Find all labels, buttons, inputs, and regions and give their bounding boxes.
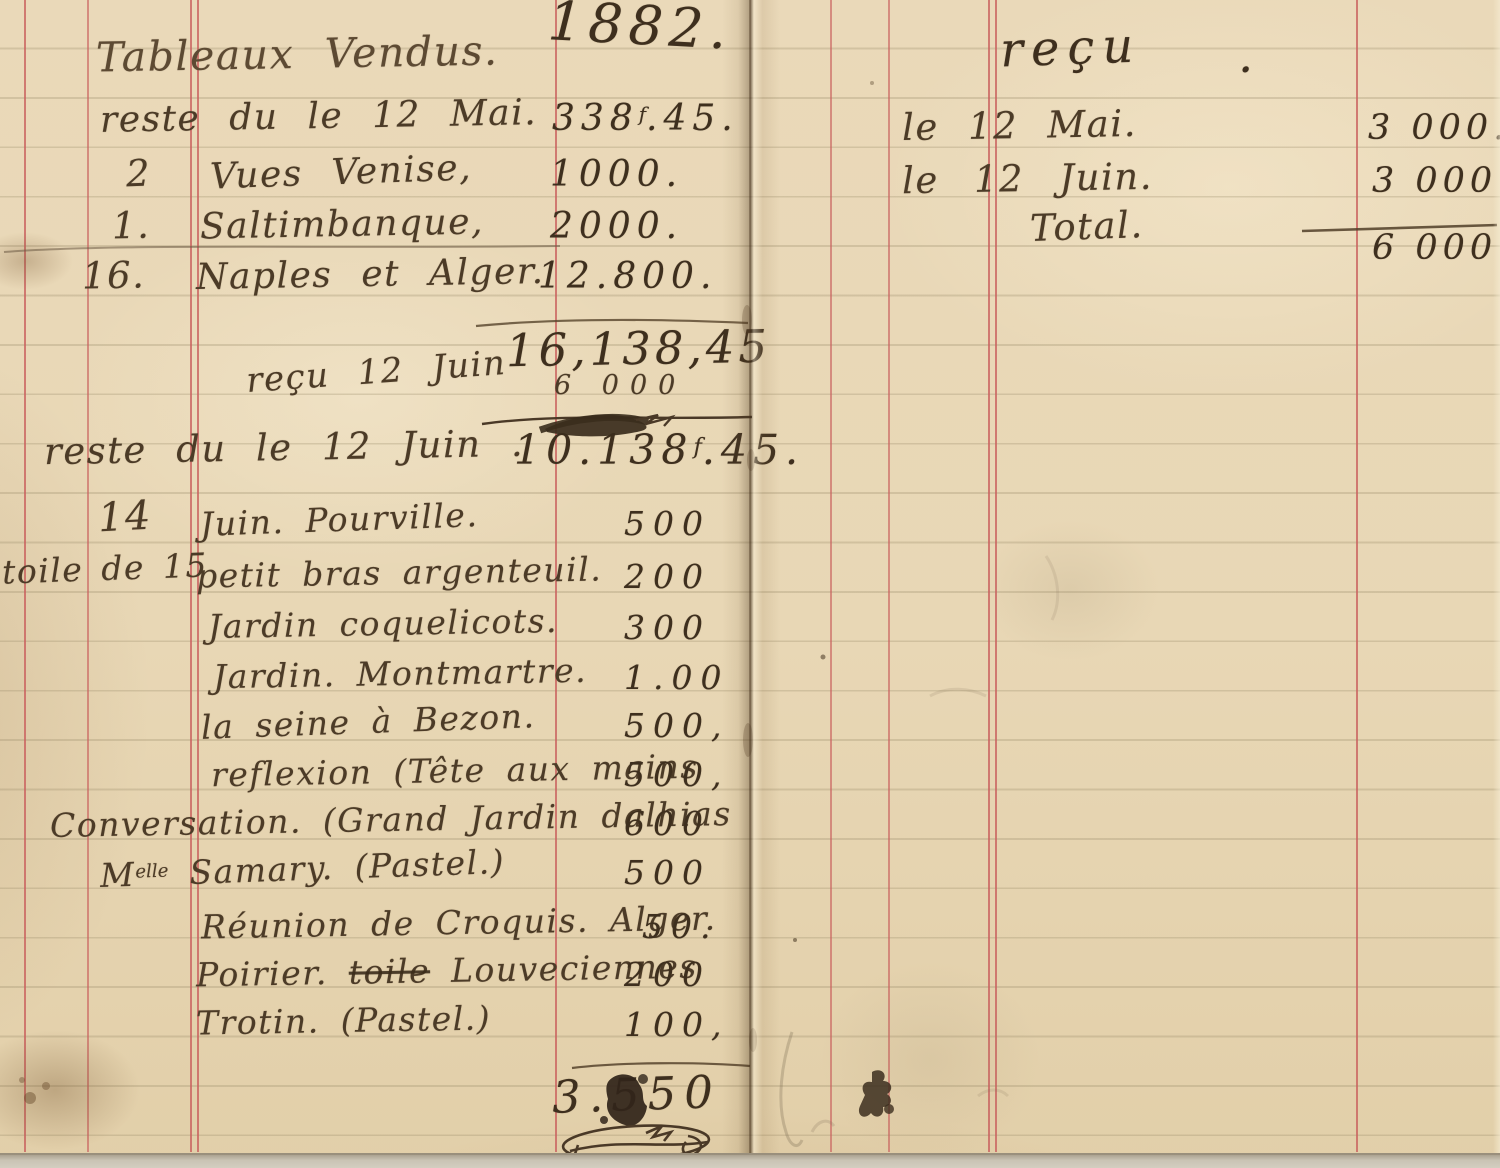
ledger-scan: 1882. Tableaux Vendus. reçu . 16,138,45 … [0, 0, 1500, 1168]
row-amount: 6 000 [1372, 228, 1497, 268]
remainder-june-amount: 10.138f.45. [514, 426, 804, 474]
row-amount: 1.00 [624, 658, 729, 697]
row-desc: le 12 Mai. [902, 102, 1138, 149]
amount-tail: .45. [646, 98, 739, 139]
row-desc: petit bras argenteuil. [196, 549, 603, 595]
row-amount: 500, [624, 706, 729, 745]
row-desc-part: Saltimbanque, [200, 202, 485, 248]
received-june-amount: 6 000 [554, 370, 686, 401]
row-desc: Jardin. Montmartre. [213, 651, 588, 697]
row-desc-part: Jardin coquelicots. [208, 601, 559, 646]
left-page-title: Tableaux Vendus. [96, 26, 499, 81]
amount-sup: f [639, 103, 646, 126]
row-desc-part: Poirier. [196, 953, 349, 995]
row-amount: 3 000 [1372, 161, 1497, 201]
row-qty: 2 [125, 152, 152, 196]
row-desc-part: M [99, 855, 136, 895]
row-amount: 12.800. [538, 256, 717, 297]
sum-may-total: 16,138,45 [506, 320, 772, 378]
row-desc: Saltimbanque, [200, 202, 485, 248]
remainder-june-label: reste du le 12 Juin . [44, 422, 525, 473]
row-desc-part: petit bras argenteuil. [196, 549, 603, 595]
row-amount: 200 [624, 955, 711, 994]
row-qty: 1. [112, 204, 151, 248]
red-rule [1356, 0, 1358, 1152]
row-desc: Trotin. (Pastel.) [196, 998, 492, 1042]
row-amount: 300 [624, 608, 711, 647]
row-desc-part: Naples et Alger. [196, 251, 545, 298]
row-amount: 1000. [550, 154, 683, 195]
row-desc-part: Jardin. Montmartre. [213, 651, 588, 697]
row-desc-part: Trotin. (Pastel.) [196, 998, 492, 1042]
row-qty: 16. [82, 253, 146, 297]
row-qty: 14 [97, 493, 153, 542]
row-amount: 100, [624, 1005, 729, 1044]
row-desc: le 12 Juin. [902, 155, 1154, 202]
page-edge [1493, 0, 1500, 1155]
row-amount: 500 [624, 504, 711, 543]
row-amount: 2000. [550, 206, 683, 247]
row-amount: 50. [642, 907, 718, 946]
row-amount: 3 000. [1368, 108, 1500, 148]
amount-main: 338 [552, 98, 639, 139]
row-desc: Jardin coquelicots. [208, 601, 559, 646]
row-desc-part: elle [135, 861, 169, 883]
right-page-title: reçu [999, 18, 1142, 79]
row-desc-part: reste du le 12 Mai. [100, 92, 538, 141]
row-margin-note: toile de 15 [1, 545, 208, 591]
scan-bottom-edge [0, 1153, 1500, 1168]
left-total: 3.550 [551, 1065, 722, 1124]
row-desc: Naples et Alger. [196, 251, 545, 298]
row-amount: 500 [624, 853, 711, 892]
row-desc: reste du le 12 Mai. [100, 92, 538, 141]
red-rule [830, 0, 832, 1152]
red-rule [888, 0, 890, 1152]
row-amount: 500, [624, 755, 729, 794]
row-amount: 200 [624, 557, 711, 596]
row-desc-part: toile [348, 951, 430, 991]
row-amount: 600 [624, 804, 711, 843]
row-desc: Total. [1029, 203, 1144, 250]
year-heading: 1882. [546, 0, 734, 62]
right-page-title-period: . [1238, 28, 1255, 84]
row-amount: 338f.45. [552, 98, 739, 139]
